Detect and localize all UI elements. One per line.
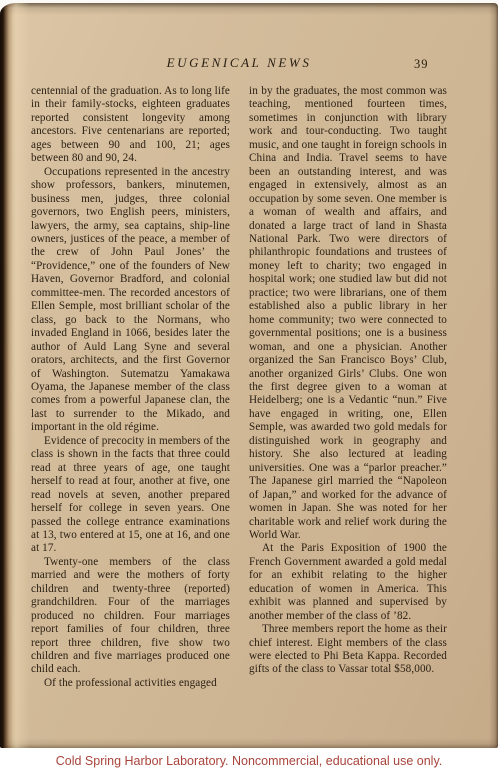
attribution-strip: Cold Spring Harbor Laboratory. Noncommer… bbox=[0, 748, 498, 773]
page-spine-shadow bbox=[0, 3, 30, 748]
page-number: 39 bbox=[414, 57, 429, 72]
paragraph: Twenty-one members of the class married … bbox=[31, 556, 230, 677]
right-text-column: in by the graduates, the most common was… bbox=[249, 85, 447, 677]
paragraph: in by the graduates, the most common was… bbox=[249, 85, 447, 542]
paragraph: At the Paris Exposition of 1900 the Fren… bbox=[249, 542, 447, 623]
paragraph: Occupations represented in the ancestry … bbox=[31, 166, 230, 435]
journal-title: EUGENICAL NEWS bbox=[31, 55, 447, 71]
paragraph: Of the professional activities engaged bbox=[31, 677, 230, 690]
left-text-column: centennial of the graduation. As to long… bbox=[31, 85, 230, 690]
scanned-book-photo: EUGENICAL NEWS 39 centennial of the grad… bbox=[0, 0, 498, 773]
book-page: EUGENICAL NEWS 39 centennial of the grad… bbox=[0, 3, 498, 748]
paragraph: Evidence of precocity in members of the … bbox=[31, 435, 230, 556]
paragraph: Three members report the home as their c… bbox=[249, 623, 447, 677]
attribution-caption: Cold Spring Harbor Laboratory. Noncommer… bbox=[56, 754, 443, 768]
paragraph: centennial of the graduation. As to long… bbox=[31, 85, 230, 166]
